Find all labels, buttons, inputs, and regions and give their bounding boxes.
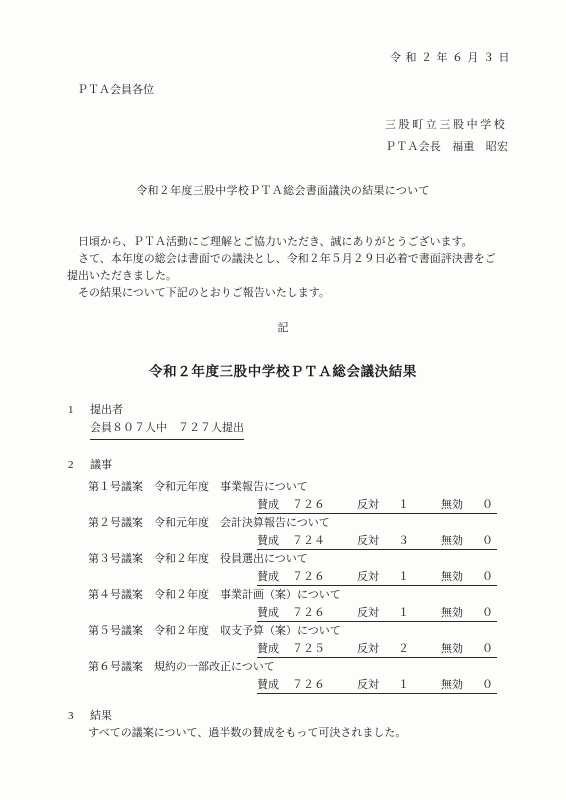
oppose-count: １ bbox=[398, 568, 409, 586]
agenda-item-title: 第２号議案 令和元年度 会計決算報告について bbox=[88, 514, 508, 532]
agenda-item-title: 第５号議案 令和２年度 収支予算（案）について bbox=[88, 622, 508, 640]
submitters-count-text: 会員８０７人中 ７２７人提出 bbox=[90, 420, 244, 440]
agenda-item: 第５号議案 令和２年度 収支予算（案）について 賛成 ７２５ 反対 ２ 無効 ０ bbox=[88, 622, 508, 658]
oppose-count: １ bbox=[398, 496, 409, 514]
approve-label: 賛成 bbox=[257, 640, 279, 658]
section-result-heading: 3結果 bbox=[68, 708, 112, 725]
record-marker: 記 bbox=[0, 320, 566, 337]
approve-label: 賛成 bbox=[257, 496, 279, 514]
agenda-item: 第１号議案 令和元年度 事業報告について 賛成 ７２６ 反対 １ 無効 ０ bbox=[88, 478, 508, 514]
sender-block: 三股町立三股中学校 ＰＴＡ会長 福重 昭宏 bbox=[385, 114, 508, 158]
approve-group: 賛成 ７２５ bbox=[257, 640, 325, 658]
approve-count: ７２６ bbox=[292, 676, 325, 694]
sender-organization: 三股町立三股中学校 bbox=[385, 114, 508, 136]
oppose-count: ３ bbox=[398, 532, 409, 550]
oppose-count: ２ bbox=[398, 640, 409, 658]
approve-group: 賛成 ７２６ bbox=[257, 604, 325, 622]
section-number: 3 bbox=[68, 708, 90, 725]
approve-count: ７２６ bbox=[292, 496, 325, 514]
submitters-count-line: 会員８０７人中 ７２７人提出 bbox=[90, 420, 244, 440]
approve-count: ７２４ bbox=[292, 532, 325, 550]
subject-line: 令和２年度三股中学校ＰＴＡ総会書面議決の結果について bbox=[0, 183, 566, 200]
vote-result-line: 賛成 ７２４ 反対 ３ 無効 ０ bbox=[257, 532, 497, 550]
paragraph-report-notice: その結果について下記のとおりご報告いたします。 bbox=[67, 285, 501, 302]
oppose-label: 反対 bbox=[357, 496, 379, 514]
result-statement: すべての議案について、過半数の賛成をもって可決されました。 bbox=[88, 725, 406, 742]
oppose-group: 反対 ２ bbox=[357, 640, 409, 658]
paragraph-explanation: さて、本年度の総会は書面での議決とし、令和２年５月２９日必着で書面評決書をご提出… bbox=[67, 251, 501, 285]
invalid-group: 無効 ０ bbox=[441, 640, 497, 658]
vote-result-line: 賛成 ７２５ 反対 ２ 無効 ０ bbox=[257, 640, 497, 658]
section-submitters-heading: 1提出者 bbox=[68, 402, 123, 419]
invalid-count: ０ bbox=[482, 676, 493, 694]
document-page: 令和２年６月３日 ＰＴＡ会員各位 三股町立三股中学校 ＰＴＡ会長 福重 昭宏 令… bbox=[0, 0, 566, 800]
vote-result-line: 賛成 ７２６ 反対 １ 無効 ０ bbox=[257, 496, 497, 514]
oppose-label: 反対 bbox=[357, 532, 379, 550]
invalid-group: 無効 ０ bbox=[441, 496, 497, 514]
invalid-count: ０ bbox=[482, 532, 493, 550]
agenda-item-title: 第４号議案 令和２年度 事業計画（案）について bbox=[88, 586, 508, 604]
approve-label: 賛成 bbox=[257, 604, 279, 622]
section-title: 提出者 bbox=[90, 404, 123, 416]
sender-name: ＰＴＡ会長 福重 昭宏 bbox=[385, 136, 508, 158]
section-title: 結果 bbox=[90, 710, 112, 722]
invalid-label: 無効 bbox=[441, 604, 463, 622]
section-agenda-heading: 2議事 bbox=[68, 457, 112, 474]
approve-group: 賛成 ７２６ bbox=[257, 676, 325, 694]
invalid-group: 無効 ０ bbox=[441, 532, 497, 550]
oppose-group: 反対 １ bbox=[357, 676, 409, 694]
invalid-label: 無効 bbox=[441, 640, 463, 658]
approve-group: 賛成 ７２６ bbox=[257, 568, 325, 586]
oppose-group: 反対 ３ bbox=[357, 532, 409, 550]
agenda-item: 第６号議案 規約の一部改正について 賛成 ７２６ 反対 １ 無効 ０ bbox=[88, 658, 508, 694]
document-date: 令和２年６月３日 bbox=[390, 50, 514, 67]
vote-result-line: 賛成 ７２６ 反対 １ 無効 ０ bbox=[257, 604, 497, 622]
approve-group: 賛成 ７２４ bbox=[257, 532, 325, 550]
invalid-count: ０ bbox=[482, 640, 493, 658]
approve-group: 賛成 ７２６ bbox=[257, 496, 325, 514]
invalid-label: 無効 bbox=[441, 496, 463, 514]
approve-label: 賛成 bbox=[257, 568, 279, 586]
agenda-item-title: 第１号議案 令和元年度 事業報告について bbox=[88, 478, 508, 496]
invalid-count: ０ bbox=[482, 604, 493, 622]
section-number: 1 bbox=[68, 402, 90, 419]
approve-count: ７２６ bbox=[292, 604, 325, 622]
approve-count: ７２５ bbox=[292, 640, 325, 658]
invalid-count: ０ bbox=[482, 496, 493, 514]
vote-result-line: 賛成 ７２６ 反対 １ 無効 ０ bbox=[257, 676, 497, 694]
section-title: 議事 bbox=[90, 459, 112, 471]
invalid-label: 無効 bbox=[441, 676, 463, 694]
oppose-label: 反対 bbox=[357, 640, 379, 658]
recipient-line: ＰＴＡ会員各位 bbox=[77, 82, 154, 99]
section-number: 2 bbox=[68, 457, 90, 474]
oppose-group: 反対 １ bbox=[357, 568, 409, 586]
invalid-group: 無効 ０ bbox=[441, 676, 497, 694]
invalid-label: 無効 bbox=[441, 532, 463, 550]
approve-label: 賛成 bbox=[257, 532, 279, 550]
oppose-label: 反対 bbox=[357, 568, 379, 586]
agenda-item: 第３号議案 令和２年度 役員選出について 賛成 ７２６ 反対 １ 無効 ０ bbox=[88, 550, 508, 586]
oppose-group: 反対 １ bbox=[357, 604, 409, 622]
invalid-count: ０ bbox=[482, 568, 493, 586]
paragraph-greeting: 日頃から、ＰＴＡ活動にご理解とご協力いただき、誠にありがとうございます。 bbox=[67, 234, 501, 251]
agenda-item-title: 第６号議案 規約の一部改正について bbox=[88, 658, 508, 676]
result-heading: 令和２年度三股中学校ＰＴＡ総会議決結果 bbox=[0, 362, 566, 382]
agenda-item: 第２号議案 令和元年度 会計決算報告について 賛成 ７２４ 反対 ３ 無効 ０ bbox=[88, 514, 508, 550]
invalid-group: 無効 ０ bbox=[441, 568, 497, 586]
oppose-label: 反対 bbox=[357, 676, 379, 694]
approve-label: 賛成 bbox=[257, 676, 279, 694]
oppose-count: １ bbox=[398, 604, 409, 622]
invalid-label: 無効 bbox=[441, 568, 463, 586]
agenda-list: 第１号議案 令和元年度 事業報告について 賛成 ７２６ 反対 １ 無効 ０ 第２… bbox=[88, 478, 508, 694]
oppose-label: 反対 bbox=[357, 604, 379, 622]
agenda-item: 第４号議案 令和２年度 事業計画（案）について 賛成 ７２６ 反対 １ 無効 ０ bbox=[88, 586, 508, 622]
oppose-count: １ bbox=[398, 676, 409, 694]
agenda-item-title: 第３号議案 令和２年度 役員選出について bbox=[88, 550, 508, 568]
oppose-group: 反対 １ bbox=[357, 496, 409, 514]
approve-count: ７２６ bbox=[292, 568, 325, 586]
invalid-group: 無効 ０ bbox=[441, 604, 497, 622]
vote-result-line: 賛成 ７２６ 反対 １ 無効 ０ bbox=[257, 568, 497, 586]
body-paragraphs: 日頃から、ＰＴＡ活動にご理解とご協力いただき、誠にありがとうございます。 さて、… bbox=[67, 234, 501, 302]
